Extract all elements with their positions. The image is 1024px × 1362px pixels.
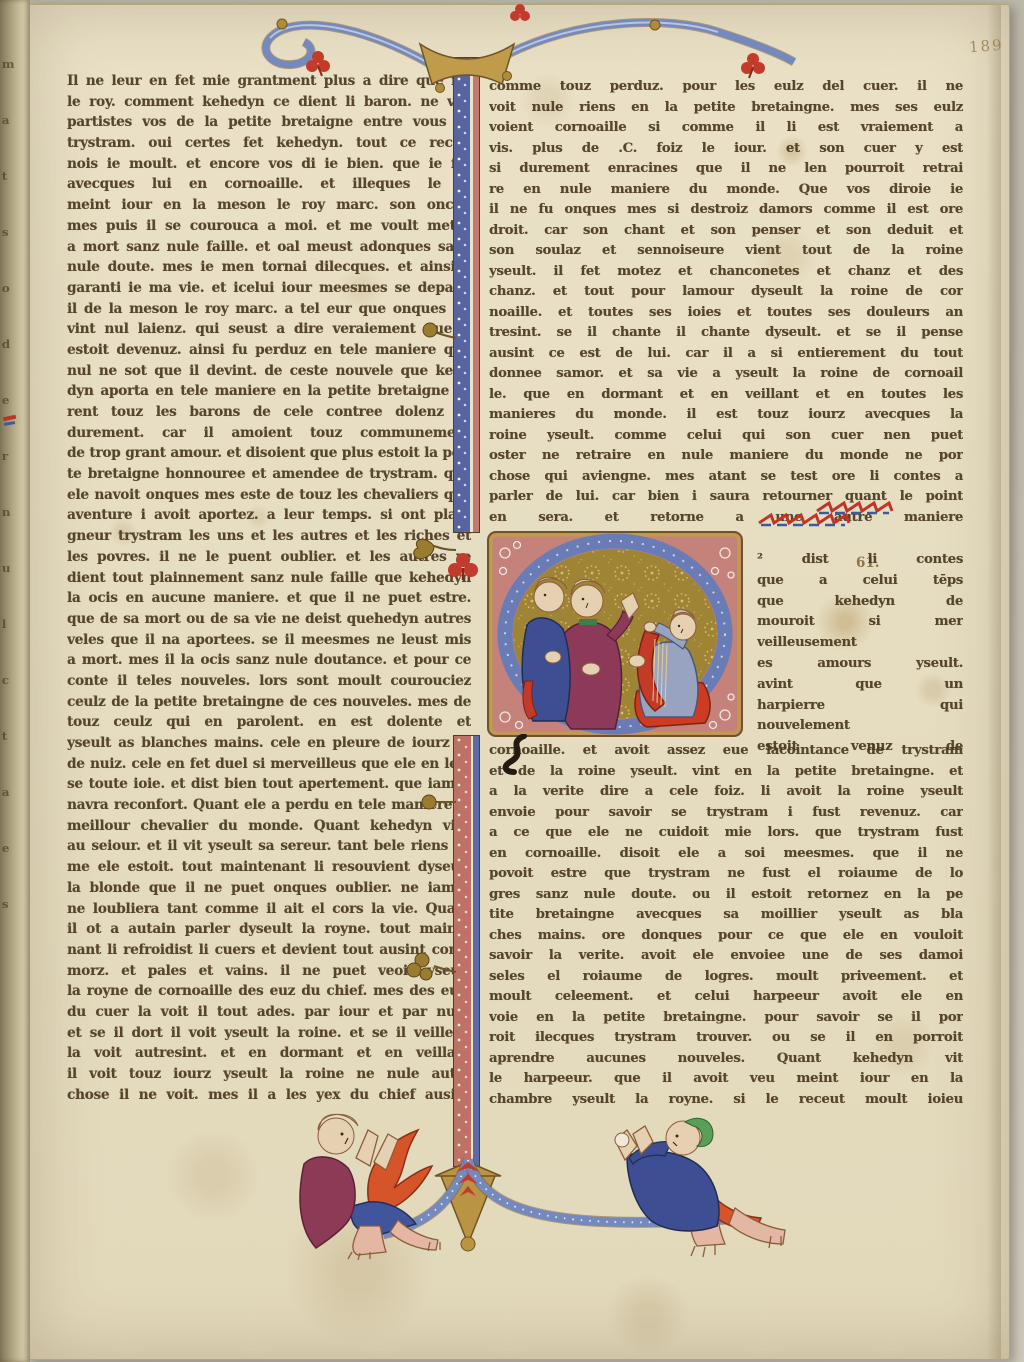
- page-fold-shadow: [987, 5, 1001, 1359]
- gold-ivy-leaf: [406, 948, 458, 988]
- manuscript-line: nule doute. mes ie men tornai dilecques.…: [67, 257, 471, 278]
- edge-text-fragment: e: [0, 842, 32, 898]
- gold-ball: [650, 20, 660, 30]
- manuscript-line: manieres du monde. il est touz iourz ave…: [489, 405, 963, 426]
- manuscript-line: la blonde que il ne puet onques oublier.…: [67, 878, 471, 899]
- edge-text-fragment: o: [0, 282, 32, 338]
- manuscript-line: si durement enracines que il ne len pour…: [489, 159, 963, 180]
- manuscript-line: harpierre qui: [757, 696, 963, 717]
- manuscript-line: conte il teles nouveles. lors sont moult…: [67, 671, 471, 692]
- edge-text-fragment: s: [0, 226, 32, 282]
- edge-text-fragment: a: [0, 786, 32, 842]
- manuscript-line: voie en la petite bretaingne. pour savoi…: [489, 1008, 963, 1029]
- manuscript-line: avint que un: [757, 675, 963, 696]
- manuscript-line: mouroit si mer: [757, 612, 963, 633]
- manuscript-line: son soulaz et sennoiseure vient tout de …: [489, 241, 963, 262]
- manuscript-line: me ele estoit. tout maintenant li resouv…: [67, 857, 471, 878]
- manuscript-line: rent touz les barons de cele contree dol…: [67, 402, 471, 423]
- blue-robe: [627, 1151, 719, 1231]
- manuscript-line: re en nule maniere du monde. Que vos dir…: [489, 180, 963, 201]
- manuscript-line: avecques lui en cornoaille. et illeques …: [67, 174, 471, 195]
- edge-text-fragment: t: [0, 170, 32, 226]
- manuscript-line: durement. car il amoient touz communemen…: [67, 423, 471, 444]
- manuscript-line: meint iour en la meson le roy marc. son …: [67, 195, 471, 216]
- red-trefoil: [510, 4, 530, 21]
- manuscript-line: en cornoaille. disoit ele a soi meesmes.…: [489, 844, 963, 865]
- manuscript-line: de trop grant amour. et disoient que plu…: [67, 443, 471, 464]
- manuscript-line: il de la meson le roy marc. a tel eur qu…: [67, 299, 471, 320]
- manuscript-line: tite bretaingne avecques sa moillier yse…: [489, 905, 963, 926]
- manuscript-line: ches mains. ore donques pour ce que ele …: [489, 926, 963, 947]
- manuscript-line: trystram. oui certes fet kehedyn. tout c…: [67, 133, 471, 154]
- manuscript-line: cornoaille. et avoit assez eue lacointan…: [489, 741, 963, 762]
- gold-trumpet: [420, 44, 514, 84]
- edge-text-fragment: u: [0, 562, 32, 618]
- red-trefoil: [446, 552, 480, 582]
- manuscript-line: partistes vos de la petite bretaigne ent…: [67, 112, 471, 133]
- manuscript-line: dyn aporta en tele maniere en la petite …: [67, 381, 471, 402]
- manuscript-line: aventure i avoit aportez. a leur temps. …: [67, 505, 471, 526]
- edge-text-fragment: r: [0, 450, 32, 506]
- text-column-right-upper: comme touz perduz. pour les eulz del cue…: [489, 77, 963, 528]
- manuscript-line: au seiour. et il vit yseult sa sereur. t…: [67, 836, 471, 857]
- red-trefoil: [741, 53, 765, 78]
- small-ball: [615, 1133, 629, 1147]
- clawed-legs: [348, 1220, 440, 1260]
- text-column-right-lower: cornoaille. et avoit assez eue lacointan…: [489, 741, 963, 1110]
- manuscript-line: te bretaigne honnouree et amendee de try…: [67, 464, 471, 485]
- orange-wing: [368, 1130, 432, 1212]
- right-drollery: [585, 1112, 800, 1260]
- harper-head: [670, 614, 696, 640]
- manuscript-line: chambre yseult la royne. si le receut mo…: [489, 1090, 963, 1111]
- manuscript-line: droit. car son chant et son penser et so…: [489, 221, 963, 242]
- manuscript-line: envoie pour savoir se trystram i fust re…: [489, 803, 963, 824]
- manuscript-line: dient tout plainnement sanz nule faille …: [67, 568, 471, 589]
- manuscript-line: vis. plus de .C. foiz le iour. et son cu…: [489, 139, 963, 160]
- folio-number: 189: [968, 36, 1004, 56]
- manuscript-line: mes puis il se courouca a moi. et me vou…: [67, 216, 471, 237]
- manuscript-line: noaille. et toutes ses ioies et toutes s…: [489, 303, 963, 324]
- manuscript-line: il ot a autain parler dyseult la royne. …: [67, 919, 471, 940]
- manuscript-line: chose il ne voit. mes il a les yex du ch…: [67, 1085, 471, 1106]
- left-drollery: [290, 1108, 460, 1260]
- manuscript-line: nouvelement: [757, 716, 963, 737]
- manuscript-line: estoit devenuz. ainsi fu perduz en tele …: [67, 340, 471, 361]
- manuscript-line: et de la roine yseult. vint en la petite…: [489, 762, 963, 783]
- manuscript-line: veilleusement: [757, 633, 963, 654]
- manuscript-line: touz ceulz qui en parolent. en est dolen…: [67, 712, 471, 733]
- manuscript-line: donnee samor. et sa vie a yseult la roin…: [489, 364, 963, 385]
- edge-fragments: matsodernulctaes: [0, 0, 30, 954]
- edge-text-fragment: s: [0, 898, 32, 954]
- manuscript-line: se toute ioie. et dist bien tout apertem…: [67, 774, 471, 795]
- manuscript-line: es amours yseult.: [757, 654, 963, 675]
- pen-flourish-tail: [498, 734, 542, 776]
- manuscript-line: ne loubliera tant comme il ait el cors l…: [67, 899, 471, 920]
- manuscript-line: du cuer la voit il tout ades. par iour e…: [67, 1002, 471, 1023]
- manuscript-line: veles que il na aportees. se il meesmes …: [67, 630, 471, 651]
- edge-text-fragment: d: [0, 338, 32, 394]
- left-drollery-head: [318, 1118, 354, 1154]
- manuscript-line: povoit estre que trystram ne fust el roi…: [489, 864, 963, 885]
- manuscript-line: a mort. mes il la ocis sanz nule doutanc…: [67, 650, 471, 671]
- book-edge-strip: matsodernulctaes: [0, 0, 30, 1362]
- manuscript-line: aprendre aucunes nouveles. Quant kehedyn…: [489, 1049, 963, 1070]
- manuscript-line: ² dist li contes: [757, 550, 963, 571]
- center-bar-upper: [453, 57, 480, 533]
- manuscript-line: ceulz de la petite bretaingne de ces nou…: [67, 692, 471, 713]
- manuscript-line: a mort sanz nule faille. et oal meust ad…: [67, 237, 471, 258]
- manuscript-photo: 189 61. Il ne leur en fet mie grantment …: [0, 0, 1024, 1362]
- manuscript-line: le harpeeur. que il avoit veu meint iour…: [489, 1069, 963, 1090]
- gold-ball: [503, 72, 512, 81]
- manuscript-line: yseult as blanches mains. cele en pleure…: [67, 733, 471, 754]
- line-filler-zigzag: [757, 501, 957, 527]
- manuscript-line: que kehedyn de: [757, 592, 963, 613]
- manuscript-line: la ocis en aucune maniere. et que il ne …: [67, 588, 471, 609]
- manuscript-line: yseult. il fet motez et chanconetes et c…: [489, 262, 963, 283]
- manuscript-line: ele navoit onques mes este de touz les c…: [67, 485, 471, 506]
- manuscript-line: moult celeement. et celui harpeeur avoit…: [489, 987, 963, 1008]
- manuscript-line: gres sanz nule doute. ou il estoit retor…: [489, 885, 963, 906]
- gold-ball: [436, 84, 445, 93]
- manuscript-line: seles el roiaume de logres. moult privee…: [489, 967, 963, 988]
- crimson-robe: [300, 1157, 355, 1248]
- manuscript-line: oster ne retraire en nule maniere du mon…: [489, 446, 963, 467]
- blue-man-head: [534, 582, 564, 612]
- gold-ball: [277, 19, 287, 29]
- manuscript-line: garanti ie ma vie. et icelui iour meesme…: [67, 278, 471, 299]
- harper-hand: [629, 655, 645, 667]
- manuscript-line: chose qui aviengne. mes atant se test or…: [489, 467, 963, 488]
- manuscript-line: a la verite dire a cele foiz. li avoit l…: [489, 782, 963, 803]
- gold-ivy-sprig: [416, 320, 458, 350]
- historiated-initial-miniature: [487, 531, 743, 737]
- manuscript-line: a ce que ele ne cuidoit mie lors. que tr…: [489, 823, 963, 844]
- manuscript-line: vint nul laienz. qui seust a dire veraie…: [67, 319, 471, 340]
- text-column-beside-miniature: ² dist li contesque a celui tēpsque kehe…: [757, 550, 963, 758]
- manuscript-line: navra reconfort. Quant ele a perdu en te…: [67, 795, 471, 816]
- manuscript-line: meillour chevalier du monde. Quant kehed…: [67, 816, 471, 837]
- edge-text-fragment: a: [0, 114, 32, 170]
- green-collar: [579, 619, 597, 625]
- manuscript-line: ausint ce est de lui. car il a si entier…: [489, 344, 963, 365]
- edge-text-fragment: t: [0, 730, 32, 786]
- crimson-man-head: [571, 585, 603, 617]
- manuscript-line: savoir la verite. avoit ele envoiee une …: [489, 946, 963, 967]
- gold-boss: [461, 1237, 475, 1251]
- manuscript-line: de nuiz. cele en fet duel si merveilleus…: [67, 754, 471, 775]
- edge-text-fragment: n: [0, 506, 32, 562]
- manuscript-line: que a celui tēps: [757, 571, 963, 592]
- manuscript-line: roit ilecques trystram trouver. ou se il…: [489, 1028, 963, 1049]
- manuscript-line: nul ne sot que il devint. de ceste nouve…: [67, 361, 471, 382]
- manuscript-line: roine yseult. comme celui qui son cuer n…: [489, 426, 963, 447]
- edge-text-fragment: m: [0, 58, 32, 114]
- manuscript-line: tresint. se il chante il chante dyseult.…: [489, 323, 963, 344]
- edge-pen-mark: [3, 416, 17, 428]
- manuscript-line: chanz. et tout pour lamour dyseult la ro…: [489, 282, 963, 303]
- manuscript-line: et se il dort il voit yseult la roine. e…: [67, 1023, 471, 1044]
- gold-ivy-sprig: [416, 788, 458, 818]
- manuscript-line: voient cornoaille si comme il li est vra…: [489, 118, 963, 139]
- top-ornament: [248, 2, 808, 106]
- manuscript-line: que de sa mort ou de sa vie ne deist que…: [67, 609, 471, 630]
- manuscript-line: le. que en dormant et en veillant et en …: [489, 385, 963, 406]
- manuscript-line: nois ie moult. et encore vos di ie bien.…: [67, 154, 471, 175]
- edge-text-fragment: c: [0, 674, 32, 730]
- manuscript-line: il voit touz iourz yseult la roine ne nu…: [67, 1064, 471, 1085]
- manuscript-line: il ne fu onques mes si destroiz damors c…: [489, 200, 963, 221]
- manuscript-line: la voit autresint. et en dormant et en v…: [67, 1043, 471, 1064]
- edge-text-fragment: l: [0, 618, 32, 674]
